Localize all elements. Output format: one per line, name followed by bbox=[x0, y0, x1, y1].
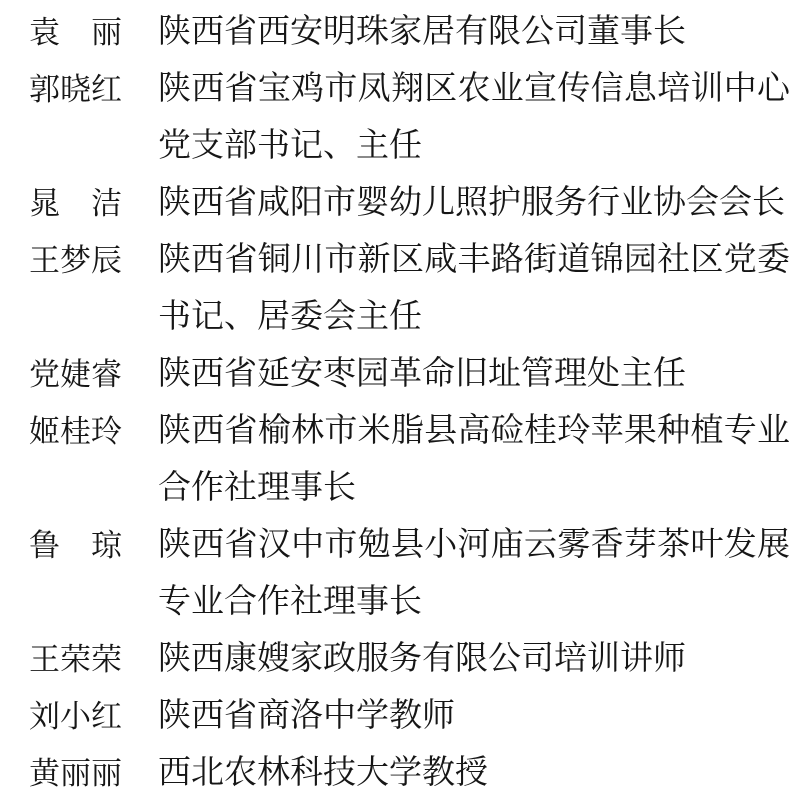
person-title: 陕西省延安枣园革命旧址管理处主任 bbox=[158, 346, 790, 403]
person-name: 姬桂玲 bbox=[29, 403, 123, 460]
person-name: 王荣荣 bbox=[29, 631, 123, 688]
person-title: 陕西省榆林市米脂县高硷桂玲苹果种植专业合作社理事长 bbox=[158, 403, 790, 517]
person-title: 陕西省宝鸡市凤翔区农业宣传信息培训中心党支部书记、主任 bbox=[158, 61, 790, 175]
person-title: 西北农林科技大学教授 bbox=[158, 745, 790, 802]
person-name: 党婕睿 bbox=[29, 346, 123, 403]
person-title: 陕西省咸阳市婴幼儿照护服务行业协会会长 bbox=[158, 175, 790, 232]
person-name: 郭晓红 bbox=[29, 61, 123, 118]
list-item: 王梦辰 陕西省铜川市新区咸丰路街道锦园社区党委书记、居委会主任 bbox=[29, 232, 790, 346]
person-name: 王梦辰 bbox=[29, 232, 123, 289]
person-title: 陕西省汉中市勉县小河庙云雾香芽茶叶发展专业合作社理事长 bbox=[158, 517, 790, 631]
list-item: 党婕睿 陕西省延安枣园革命旧址管理处主任 bbox=[29, 346, 790, 403]
person-name: 刘小红 bbox=[29, 688, 123, 745]
person-title: 陕西康嫂家政服务有限公司培训讲师 bbox=[158, 631, 790, 688]
person-title: 陕西省铜川市新区咸丰路街道锦园社区党委书记、居委会主任 bbox=[158, 232, 790, 346]
person-title: 陕西省西安明珠家居有限公司董事长 bbox=[158, 4, 790, 61]
person-name: 黄丽丽 bbox=[29, 745, 123, 802]
person-name: 鲁 琼 bbox=[29, 517, 123, 574]
list-item: 鲁 琼 陕西省汉中市勉县小河庙云雾香芽茶叶发展专业合作社理事长 bbox=[29, 517, 790, 631]
list-item: 姬桂玲 陕西省榆林市米脂县高硷桂玲苹果种植专业合作社理事长 bbox=[29, 403, 790, 517]
list-item: 晁 洁 陕西省咸阳市婴幼儿照护服务行业协会会长 bbox=[29, 175, 790, 232]
list-item: 王荣荣 陕西康嫂家政服务有限公司培训讲师 bbox=[29, 631, 790, 688]
list-item: 黄丽丽 西北农林科技大学教授 bbox=[29, 745, 790, 802]
person-name: 袁 丽 bbox=[29, 4, 123, 61]
list-item: 袁 丽 陕西省西安明珠家居有限公司董事长 bbox=[29, 4, 790, 61]
document-page: 袁 丽 陕西省西安明珠家居有限公司董事长 郭晓红 陕西省宝鸡市凤翔区农业宣传信息… bbox=[0, 0, 790, 802]
list-item: 郭晓红 陕西省宝鸡市凤翔区农业宣传信息培训中心党支部书记、主任 bbox=[29, 61, 790, 175]
list-item: 刘小红 陕西省商洛中学教师 bbox=[29, 688, 790, 745]
entries: 袁 丽 陕西省西安明珠家居有限公司董事长 郭晓红 陕西省宝鸡市凤翔区农业宣传信息… bbox=[29, 4, 790, 802]
person-name: 晁 洁 bbox=[29, 175, 123, 232]
person-title: 陕西省商洛中学教师 bbox=[158, 688, 790, 745]
